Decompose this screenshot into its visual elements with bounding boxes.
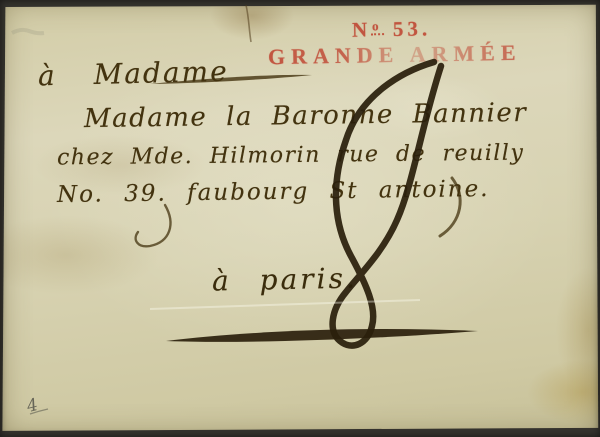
postmark-number: 53. [393,16,432,41]
address-line-city: à paris. [212,261,358,297]
postmark-superscript-o: o [371,18,384,35]
letter-photo: No 53. GRANDE ARMÉE à Madame Madame la B… [0,0,600,437]
address-line-a-madame: à Madame [38,55,229,93]
postmark-number-line: No 53. [352,16,432,42]
address-line-recipient: Madame la Baronne Bannier [84,98,528,134]
address-line-street: chez Mde. Hilmorin rue de reuilly [57,141,525,171]
postmark-grande-armee: GRANDE ARMÉE [268,40,522,70]
postmark-prefix: N [352,17,372,41]
